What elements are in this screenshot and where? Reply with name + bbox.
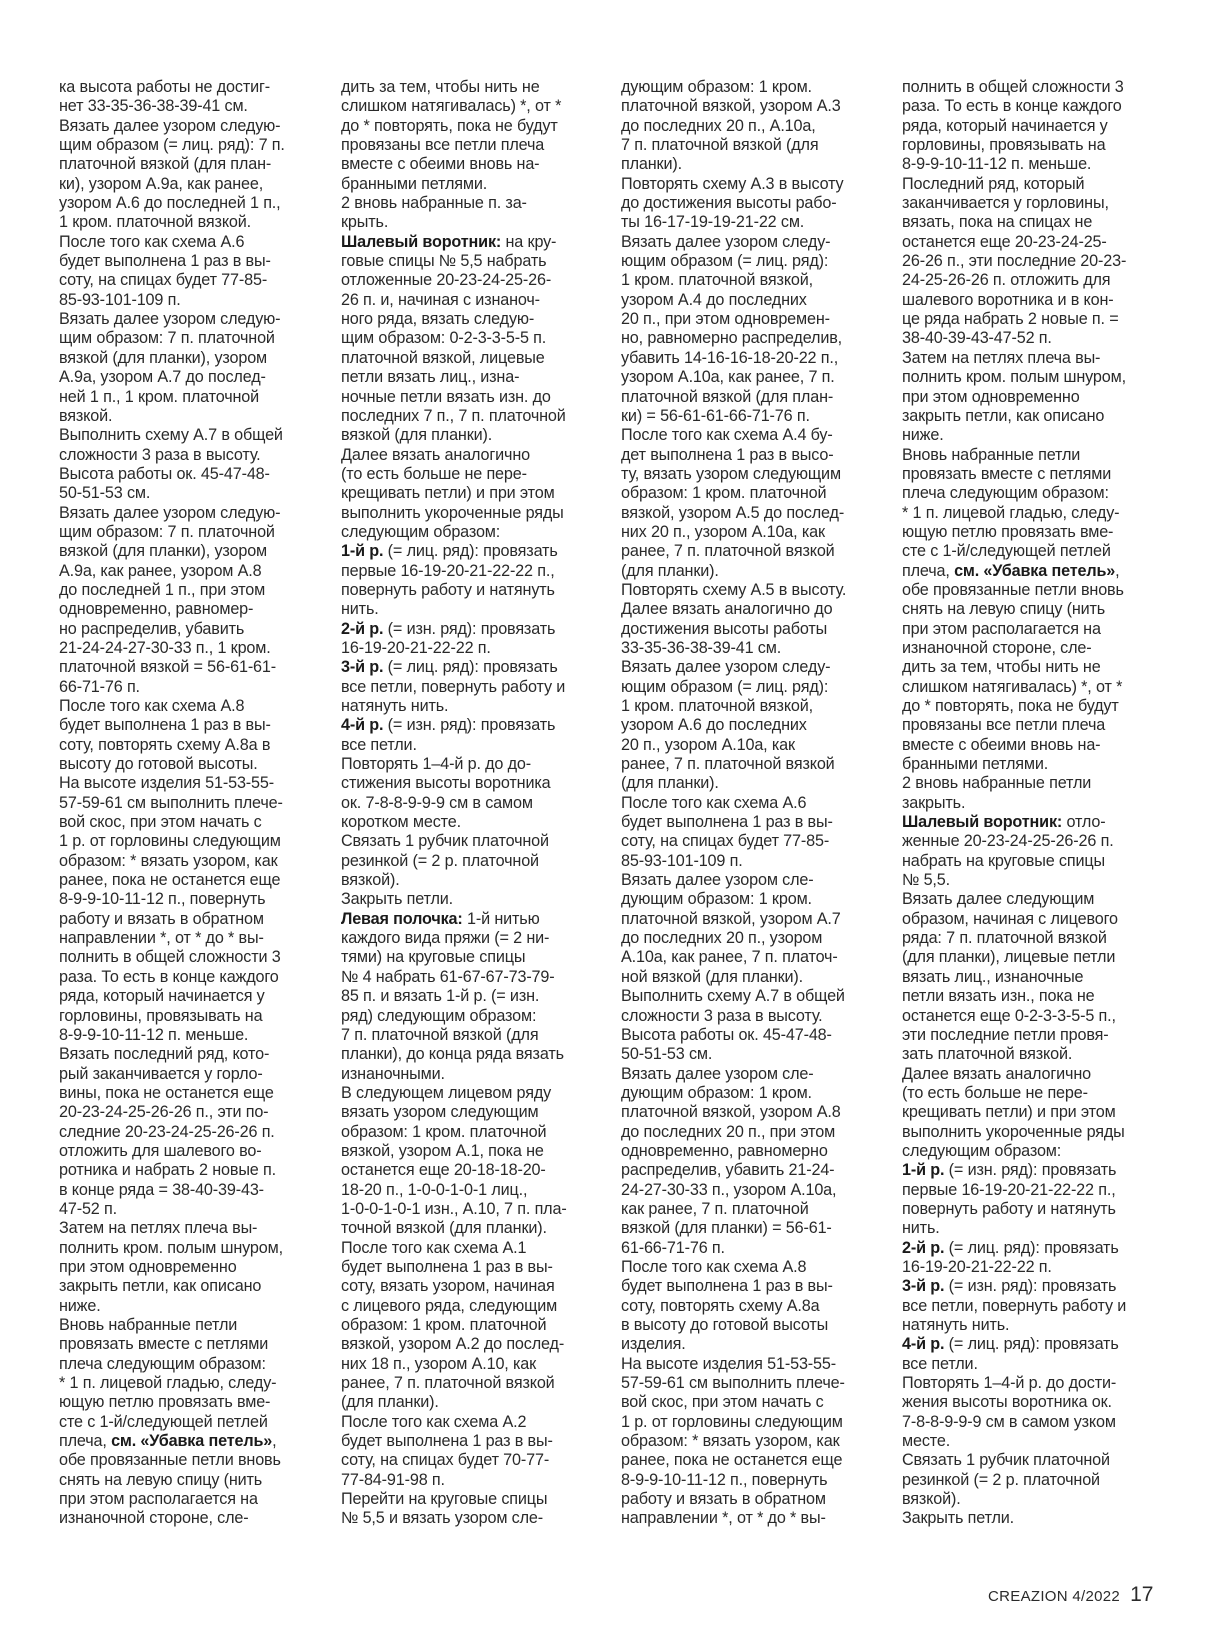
text-line: зать платочной вязкой. (902, 1045, 1182, 1064)
text-run: до последних 20 п., узором (621, 929, 822, 947)
text-line: полнить кром. полым шнуром, (59, 1239, 339, 1258)
text-line: в высоту до готовой высоты (621, 1316, 901, 1335)
text-line: вязкой, узором А.5 до послед- (621, 504, 901, 523)
text-run: 20-23-24-25-26-26 п., эти по- (59, 1103, 268, 1121)
text-line: платочной вязкой, лицевые (341, 349, 621, 368)
text-line: вязать узором следующим (341, 1103, 621, 1122)
text-run: 8-9-9-10-11-12 п. меньше. (902, 155, 1091, 173)
text-run: петли вязать изн., пока не (902, 987, 1095, 1005)
text-line: соту, на спицах будет 77-85- (59, 271, 339, 290)
text-run: дующим образом: 1 кром. (621, 890, 812, 908)
text-line: останется еще 20-23-24-25- (902, 233, 1182, 252)
text-line: узором А.6 до последних (621, 716, 901, 735)
text-run: Вязать последний ряд, кото- (59, 1045, 269, 1063)
text-line: А.9а, узором А.7 до послед- (59, 368, 339, 387)
text-run: Вязать далее узором следую- (59, 504, 280, 522)
text-run: 20 п., при этом одновремен- (621, 310, 830, 328)
text-line: следние 20-23-24-25-26-26 п. (59, 1123, 339, 1142)
text-line: ряда, который начинается у (902, 117, 1182, 136)
text-line: 33-35-36-38-39-41 см. (621, 639, 901, 658)
text-line: следующим образом: (902, 1142, 1182, 1161)
text-line: После того как схема А.2 (341, 1413, 621, 1432)
text-line: рый заканчивается у горло- (59, 1065, 339, 1084)
text-line: Перейти на круговые спицы (341, 1490, 621, 1509)
text-line: 20 п., узором А.10а, как (621, 736, 901, 755)
text-run: будет выполнена 1 раз в вы- (59, 252, 271, 270)
text-line: ка высота работы не достиг- (59, 78, 339, 97)
text-run: 8-9-9-10-11-12 п., повернуть (59, 890, 265, 908)
text-line: 61-66-71-76 п. (621, 1239, 901, 1258)
text-line: образом: 1 кром. платочной (621, 484, 901, 503)
text-line: образом: * вязать узором, как (59, 852, 339, 871)
text-line: закрыть петли, как описано (59, 1277, 339, 1296)
text-line: 1-0-0-1-0-1 изн., А.10, 7 п. пла- (341, 1200, 621, 1219)
text-line: ниже. (902, 426, 1182, 445)
text-run: 24-25-26-26 п. отложить для (902, 271, 1110, 289)
text-line: будет выполнена 1 раз в вы- (59, 716, 339, 735)
text-line: 85-93-101-109 п. (621, 852, 901, 871)
bold-heading: Шалевый воротник: (341, 233, 501, 251)
text-line: 24-27-30-33 п., узором А.10а, (621, 1181, 901, 1200)
text-run: все петли, повернуть работу и (902, 1297, 1126, 1315)
text-line: изделия. (621, 1335, 901, 1354)
text-line: 47-52 п. (59, 1200, 339, 1219)
bold-heading: 3-й р. (902, 1277, 944, 1295)
text-run: последних 7 п., 7 п. платочной (341, 407, 566, 425)
text-line: выполнить укороченные ряды (341, 504, 621, 523)
text-line: плеча следующим образом: (902, 484, 1182, 503)
text-run: 1 кром. платочной вязкой, (621, 271, 813, 289)
text-run: изнаночной стороне, сле- (902, 639, 1092, 657)
text-run: зать платочной вязкой. (902, 1045, 1072, 1063)
text-run: работу и вязать в обратном (621, 1490, 826, 1508)
text-run: вой скос, при этом начать с (621, 1393, 824, 1411)
text-run: платочной вязкой, лицевые (341, 349, 545, 367)
text-line: крещивать петли) и при этом (902, 1103, 1182, 1122)
text-line: вязкой). (902, 1490, 1182, 1509)
text-run: отло- (1062, 813, 1105, 831)
text-line: 38-40-39-43-47-52 п. (902, 329, 1182, 348)
text-run: ющую петлю провязать вме- (902, 523, 1113, 541)
text-line: коротком месте. (341, 813, 621, 832)
text-run: плеча следующим образом: (59, 1355, 266, 1373)
text-run: сте с 1-й/следующей петлей (59, 1413, 268, 1431)
text-run: провязать вместе с петлями (59, 1335, 268, 1353)
text-line: 8-9-9-10-11-12 п., повернуть (59, 890, 339, 909)
text-line: плеча, см. «Убавка петель», (902, 562, 1182, 581)
text-run: набрать на круговые спицы (902, 852, 1105, 870)
text-run: будет выполнена 1 раз в вы- (621, 813, 833, 831)
text-run: ного ряда, вязать следую- (341, 310, 534, 328)
text-line: Повторять 1–4-й р. до до- (341, 755, 621, 774)
text-line: вязкой, узором А.2 до послед- (341, 1335, 621, 1354)
bold-heading: 1-й р. (902, 1161, 944, 1179)
text-run: 24-27-30-33 п., узором А.10а, (621, 1181, 836, 1199)
magazine-page: ка высота работы не достиг-нет 33-35-36-… (0, 0, 1211, 1636)
text-line: Вязать далее узором следую- (59, 504, 339, 523)
text-run: Повторять 1–4-й р. до дости- (902, 1374, 1116, 1392)
text-run: заканчивается у горловины, (902, 194, 1109, 212)
text-run: горловины, провязывать на (59, 1007, 262, 1025)
text-run: ной вязкой (для планки). (621, 968, 803, 986)
text-line: дет выполнена 1 раз в высо- (621, 446, 901, 465)
text-line: в конце ряда = 38-40-39-43- (59, 1181, 339, 1200)
text-line: плеча, см. «Убавка петель», (59, 1432, 339, 1451)
text-line: вместе с обеими вновь на- (902, 736, 1182, 755)
text-run: месте. (902, 1432, 950, 1450)
text-run: Закрыть петли. (341, 890, 453, 908)
text-run: работу и вязать в обратном (59, 910, 264, 928)
text-run: После того как схема А.2 (341, 1413, 526, 1431)
text-run: до последних 20 п., А.10а, (621, 117, 816, 135)
text-run: выполнить укороченные ряды (341, 504, 564, 522)
text-run: (= лиц. ряд): провязать (944, 1335, 1118, 1353)
bold-heading: см. «Убавка петель» (954, 562, 1115, 580)
text-run: крещивать петли) и при этом (341, 484, 555, 502)
text-run: дующим образом: 1 кром. (621, 1084, 812, 1102)
text-line: ниже. (59, 1297, 339, 1316)
text-line: отложить для шалевого во- (59, 1142, 339, 1161)
text-line: шалевого воротника и в кон- (902, 291, 1182, 310)
text-run: 1-0-0-1-0-1 изн., А.10, 7 п. пла- (341, 1200, 567, 1218)
text-line: провязаны все петли плеча (341, 136, 621, 155)
text-line: образом: 1 кром. платочной (341, 1123, 621, 1142)
text-run: в конце ряда = 38-40-39-43- (59, 1181, 264, 1199)
text-run: направлении *, от * до * вы- (59, 929, 264, 947)
text-line: Затем на петлях плеча вы- (902, 349, 1182, 368)
text-run: распределив, убавить 21-24- (621, 1161, 834, 1179)
text-line: каждого вида пряжи (= 2 ни- (341, 929, 621, 948)
text-run: ниже. (902, 426, 944, 444)
text-run: Закрыть петли. (902, 1509, 1014, 1527)
text-line: 4-й р. (= изн. ряд): провязать (341, 716, 621, 735)
text-run: 1 р. от горловины следующим (59, 832, 281, 850)
text-run: будет выполнена 1 раз в вы- (621, 1277, 833, 1295)
text-run: как ранее, 7 п. платочной (621, 1200, 809, 1218)
text-run: плеча, (902, 562, 954, 580)
text-line: Высота работы ок. 45-47-48- (621, 1026, 901, 1045)
text-line: узором А.10а, как ранее, 7 п. (621, 368, 901, 387)
text-run: нет 33-35-36-38-39-41 см. (59, 97, 248, 115)
text-line: После того как схема А.8 (621, 1258, 901, 1277)
text-run: * 1 п. лицевой гладью, следу- (59, 1374, 276, 1392)
text-line: до * повторять, пока не будут (902, 697, 1182, 716)
text-line: 50-51-53 см. (621, 1045, 901, 1064)
text-run: 2 вновь набранные п. за- (341, 194, 527, 212)
text-run: соту, на спицах будет 70-77- (341, 1451, 549, 1469)
text-line: полнить в общей сложности 3 (902, 78, 1182, 97)
text-line: бранными петлями. (341, 175, 621, 194)
text-line: полнить кром. полым шнуром, (902, 368, 1182, 387)
text-run: 1 кром. платочной вязкой. (59, 213, 251, 231)
text-line: Вязать далее узором следую- (59, 117, 339, 136)
text-run: убавить 14-16-16-18-20-22 п., (621, 349, 838, 367)
magazine-issue-label: CREAZION 4/2022 (988, 1588, 1120, 1605)
text-line: (для планки), лицевые петли (902, 948, 1182, 967)
text-line: 20-23-24-25-26-26 п., эти по- (59, 1103, 339, 1122)
text-line: вязкой (для планки) = 56-61- (621, 1219, 901, 1238)
text-run: ки), узором А.9а, как ранее, (59, 175, 263, 193)
text-line: направлении *, от * до * вы- (621, 1509, 901, 1528)
text-run: 16-19-20-21-22-22 п. (902, 1258, 1052, 1276)
text-line: платочной вязкой, узором А.3 (621, 97, 901, 116)
text-run: 85-93-101-109 п. (59, 291, 181, 309)
text-run: платочной вязкой, узором А.8 (621, 1103, 841, 1121)
text-run: На высоте изделия 51-53-55- (59, 774, 274, 792)
text-run: 8-9-9-10-11-12 п. меньше. (59, 1026, 248, 1044)
text-run: до * повторять, пока не будут (902, 697, 1119, 715)
page-number: 17 (1130, 1583, 1153, 1607)
text-run: дет выполнена 1 раз в высо- (621, 446, 834, 464)
text-line: крещивать петли) и при этом (341, 484, 621, 503)
text-line: Повторять 1–4-й р. до дости- (902, 1374, 1182, 1393)
text-line: В следующем лицевом ряду (341, 1084, 621, 1103)
text-run: № 5,5. (902, 871, 950, 889)
text-line: работу и вязать в обратном (621, 1490, 901, 1509)
text-line: ранее, 7 п. платочной вязкой (341, 1374, 621, 1393)
text-run: щим образом (= лиц. ряд): 7 п. (59, 136, 285, 154)
text-line: ночные петли вязать изн. до (341, 388, 621, 407)
text-run: образом, начиная с лицевого (902, 910, 1118, 928)
text-line: распределив, убавить 21-24- (621, 1161, 901, 1180)
text-run: После того как схема А.1 (341, 1239, 526, 1257)
text-line: ранее, 7 п. платочной вязкой (621, 542, 901, 561)
text-line: до последних 20 п., при этом (621, 1123, 901, 1142)
text-line: Левая полочка: 1-й нитью (341, 910, 621, 929)
text-line: ки), узором А.9а, как ранее, (59, 175, 339, 194)
text-run: достижения высоты работы (621, 620, 827, 638)
text-line: 20 п., при этом одновремен- (621, 310, 901, 329)
text-line: Вязать последний ряд, кото- (59, 1045, 339, 1064)
text-run: ранее, пока не останется еще (59, 871, 280, 889)
text-run: вязкой. (59, 407, 112, 425)
text-line: повернуть работу и натянуть (341, 581, 621, 600)
text-line: жения высоты воротника ок. (902, 1393, 1182, 1412)
text-line: Выполнить схему А.7 в общей (621, 987, 901, 1006)
text-line: сте с 1-й/следующей петлей (59, 1413, 339, 1432)
text-line: 50-51-53 см. (59, 484, 339, 503)
text-line: ту, вязать узором следующим (621, 465, 901, 484)
text-line: будет выполнена 1 раз в вы- (341, 1432, 621, 1451)
text-line: (для планки). (341, 1393, 621, 1412)
text-run: 47-52 п. (59, 1200, 117, 1218)
text-run: Повторять схему А.3 в высоту (621, 175, 844, 193)
text-line: 8-9-9-10-11-12 п. меньше. (902, 155, 1182, 174)
text-line: нить. (902, 1219, 1182, 1238)
text-line: ной вязкой (для планки). (621, 968, 901, 987)
text-run: тями) на круговые спицы (341, 948, 525, 966)
text-run: узором А.6 до последних (621, 716, 807, 734)
text-line: Шалевый воротник: на кру- (341, 233, 621, 252)
text-run: узором А.4 до последних (621, 291, 807, 309)
text-run: 66-71-76 п. (59, 678, 140, 696)
text-line: при этом одновременно (59, 1258, 339, 1277)
text-run: сложности 3 раза в высоту. (621, 1007, 823, 1025)
text-run: натянуть нить. (902, 1316, 1009, 1334)
text-run: ющим образом (= лиц. ряд): (621, 678, 828, 696)
text-run: узором А.6 до последней 1 п., (59, 194, 281, 212)
text-line: изнаночной стороне, сле- (59, 1509, 339, 1528)
text-line: 2 вновь набранные петли (902, 774, 1182, 793)
text-line: Далее вязать аналогично (341, 446, 621, 465)
text-run: ниже. (59, 1297, 101, 1315)
text-run: соту, на спицах будет 77-85- (621, 832, 829, 850)
text-line: Вязать далее узором сле- (621, 871, 901, 890)
text-run: Вязать далее узором сле- (621, 871, 814, 889)
text-run: плеча, (59, 1432, 111, 1450)
text-line: сте с 1-й/следующей петлей (902, 542, 1182, 561)
text-run: На высоте изделия 51-53-55- (621, 1355, 836, 1373)
text-run: вой скос, при этом начать с (59, 813, 262, 831)
text-line: № 5,5. (902, 871, 1182, 890)
text-run: 61-66-71-76 п. (621, 1239, 725, 1257)
text-line: с лицевого ряда, следующим (341, 1297, 621, 1316)
text-line: горловины, провязывать на (902, 136, 1182, 155)
text-line: соту, на спицах будет 70-77- (341, 1451, 621, 1470)
text-run: 1-й нитью (463, 910, 540, 928)
text-line: планки). (621, 155, 901, 174)
text-run: соту, повторять схему А.8а (621, 1297, 819, 1315)
text-line: ки) = 56-61-61-66-71-76 п. (621, 407, 901, 426)
bold-heading: см. «Убавка петель» (111, 1432, 272, 1450)
text-line: ного ряда, вязать следую- (341, 310, 621, 329)
text-run: вязкой, узором А.1, пока не (341, 1142, 544, 1160)
text-run: А.9а, как ранее, узором А.8 (59, 562, 261, 580)
text-run: при этом располагается на (59, 1490, 258, 1508)
text-run: изнаночной стороне, сле- (59, 1509, 249, 1527)
text-run: Вязать далее узором следую- (59, 117, 280, 135)
text-run: 7 п. платочной вязкой (для (341, 1026, 538, 1044)
text-run: останется еще 20-23-24-25- (902, 233, 1107, 251)
text-line: Вязать далее узором сле- (621, 1065, 901, 1084)
text-line: слишком натягивалась) *, от * (902, 678, 1182, 697)
text-run: ночные петли вязать изн. до (341, 388, 551, 406)
text-line: до последней 1 п., при этом (59, 581, 339, 600)
text-run: 85 п. и вязать 1-й р. (= изн. (341, 987, 539, 1005)
text-run: платочной вязкой, узором А.7 (621, 910, 841, 928)
text-run: 7-8-8-9-9-9 см в самом узком (902, 1413, 1116, 1431)
text-line: заканчивается у горловины, (902, 194, 1182, 213)
text-line: изнаночной стороне, сле- (902, 639, 1182, 658)
text-run: После того как схема А.8 (59, 697, 244, 715)
text-line: Вязать далее узором следую- (59, 310, 339, 329)
text-line: бранными петлями. (902, 755, 1182, 774)
text-run: 1 р. от горловины следующим (621, 1413, 843, 1431)
text-run: 38-40-39-43-47-52 п. (902, 329, 1052, 347)
text-run: повернуть работу и натянуть (902, 1200, 1116, 1218)
text-line: натянуть нить. (341, 697, 621, 716)
text-run: Далее вязать аналогично до (621, 600, 832, 618)
text-line: как ранее, 7 п. платочной (621, 1200, 901, 1219)
text-run: ранее, 7 п. платочной вязкой (341, 1374, 555, 1392)
text-line: убавить 14-16-16-18-20-22 п., (621, 349, 901, 368)
text-line: сложности 3 раза в высоту. (621, 1007, 901, 1026)
text-line: Далее вязать аналогично (902, 1065, 1182, 1084)
text-line: После того как схема А.1 (341, 1239, 621, 1258)
text-line: 1 кром. платочной вязкой, (621, 271, 901, 290)
text-run: узором А.10а, как ранее, 7 п. (621, 368, 835, 386)
text-line: провязать вместе с петлями (902, 465, 1182, 484)
text-line: закрыть. (902, 794, 1182, 813)
text-run: соту, повторять схему А.8а в (59, 736, 270, 754)
text-run: вязать, пока на спицах не (902, 213, 1092, 231)
text-run: , (1115, 562, 1119, 580)
text-line: раза. То есть в конце каждого (902, 97, 1182, 116)
text-run: бранными петлями. (902, 755, 1048, 773)
text-run: вязкой (для планки), узором (59, 542, 267, 560)
text-run: ряда, который начинается у (59, 987, 265, 1005)
text-run: Вновь набранные петли (902, 446, 1080, 464)
text-line: но, равномерно распределив, (621, 329, 901, 348)
text-run: до * повторять, пока не будут (341, 117, 558, 135)
text-run: слишком натягивалась) *, от * (902, 678, 1122, 696)
text-line: останется еще 20-18-18-20- (341, 1161, 621, 1180)
text-line: Вязать далее узором следу- (621, 658, 901, 677)
text-run: нить. (902, 1219, 940, 1237)
text-run: ки) = 56-61-61-66-71-76 п. (621, 407, 810, 425)
text-run: образом: 1 кром. платочной (621, 484, 826, 502)
text-run: ранее, 7 п. платочной вязкой (621, 542, 835, 560)
text-run: резинкой (= 2 р. платочной (341, 852, 539, 870)
text-run: Высота работы ок. 45-47-48- (621, 1026, 832, 1044)
text-run: ротника и набрать 2 новые п. (59, 1161, 276, 1179)
text-line: провязаны все петли плеча (902, 716, 1182, 735)
text-line: 16-19-20-21-22-22 п. (902, 1258, 1182, 1277)
text-line: После того как схема А.4 бу- (621, 426, 901, 445)
text-run: закрыть петли, как описано (902, 407, 1104, 425)
text-line: ющим образом (= лиц. ряд): (621, 252, 901, 271)
text-run: После того как схема А.4 бу- (621, 426, 833, 444)
text-run: снять на левую спицу (нить (59, 1471, 262, 1489)
text-line: дующим образом: 1 кром. (621, 78, 901, 97)
text-run: в высоту до готовой высоты (621, 1316, 828, 1334)
text-run: дить за тем, чтобы нить не (902, 658, 1101, 676)
text-line: це ряда набрать 2 новые п. = (902, 310, 1182, 329)
text-run: Вновь набранные петли (59, 1316, 237, 1334)
text-run: точной вязкой (для планки). (341, 1219, 547, 1237)
text-line: петли вязать изн., пока не (902, 987, 1182, 1006)
text-run: ряда, который начинается у (902, 117, 1108, 135)
text-run: 26-26 п., эти последние 20-23- (902, 252, 1126, 270)
text-run: вязкой). (341, 871, 400, 889)
text-run: (= изн. ряд): провязать (944, 1277, 1116, 1295)
text-run: Перейти на круговые спицы (341, 1490, 547, 1508)
text-line: ряда: 7 п. платочной вязкой (902, 929, 1182, 948)
text-line: выполнить укороченные ряды (902, 1123, 1182, 1142)
text-line: дить за тем, чтобы нить не (902, 658, 1182, 677)
text-line: (для планки). (621, 562, 901, 581)
text-run: ранее, 7 п. платочной вязкой (621, 755, 835, 773)
text-run: ющую петлю провязать вме- (59, 1393, 270, 1411)
text-run: 16-19-20-21-22-22 п. (341, 639, 491, 657)
text-line: вязкой, узором А.1, пока не (341, 1142, 621, 1161)
text-line: планки), до конца ряда вязать (341, 1045, 621, 1064)
text-run: крещивать петли) и при этом (902, 1103, 1116, 1121)
text-line: Связать 1 рубчик платочной (902, 1451, 1182, 1470)
text-line: щим образом (= лиц. ряд): 7 п. (59, 136, 339, 155)
text-run: при этом располагается на (902, 620, 1101, 638)
text-line: месте. (902, 1432, 1182, 1451)
text-run: 1 кром. платочной вязкой, (621, 697, 813, 715)
text-line: Вязать далее следующим (902, 890, 1182, 909)
text-run: вязкой (для планки). (341, 426, 492, 444)
text-line: На высоте изделия 51-53-55- (59, 774, 339, 793)
text-run: После того как схема А.8 (621, 1258, 806, 1276)
text-run: обе провязанные петли вновь (902, 581, 1124, 599)
text-line: плеча следующим образом: (59, 1355, 339, 1374)
text-line: высоту до готовой высоты. (59, 755, 339, 774)
text-run: образом: * вязать узором, как (59, 852, 278, 870)
